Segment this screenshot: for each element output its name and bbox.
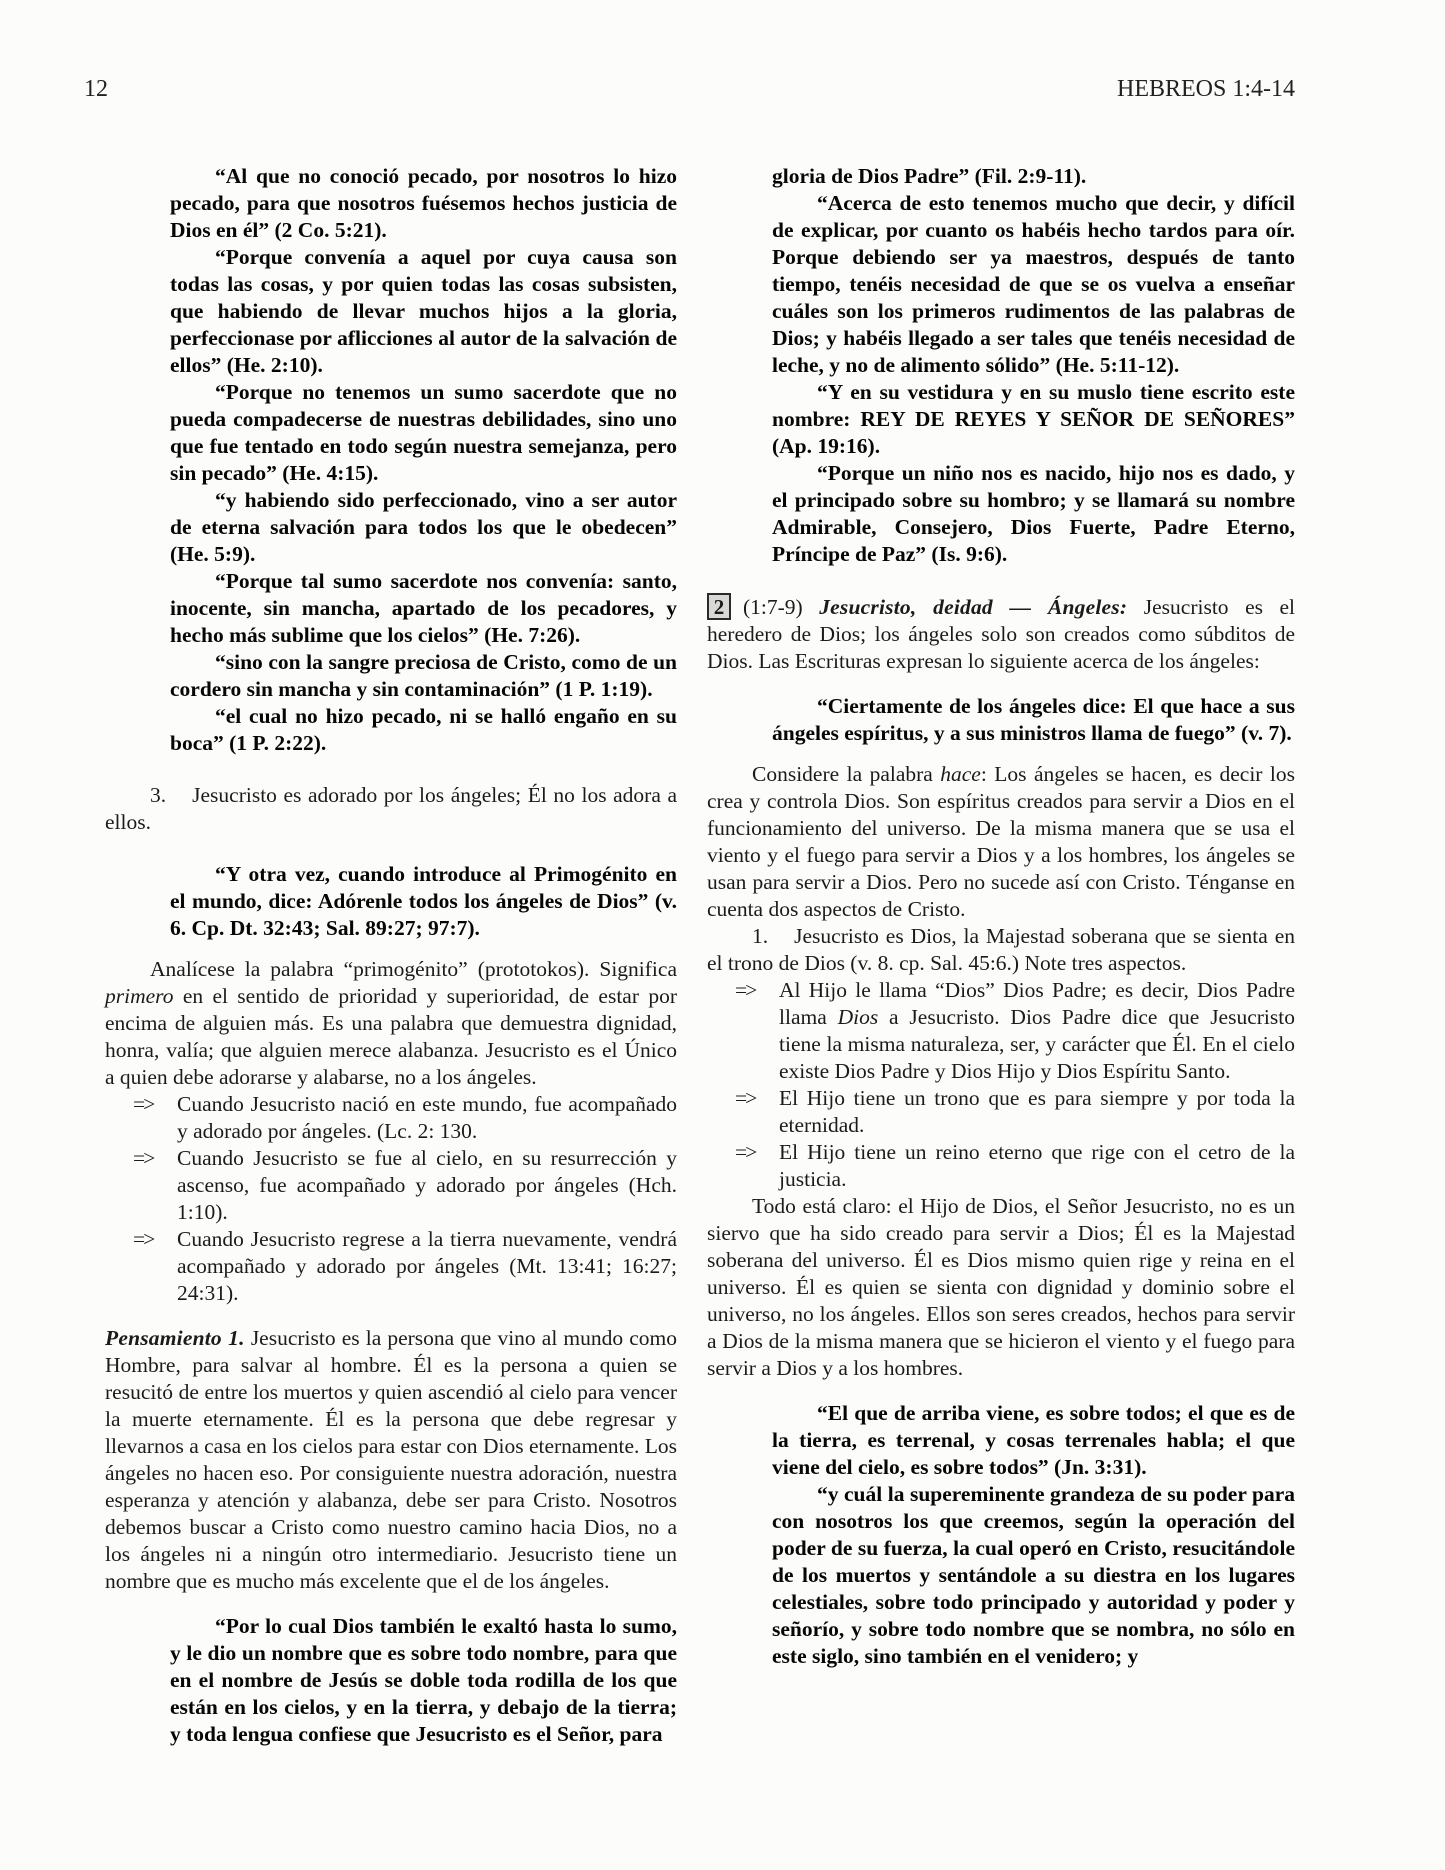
italic-term: hace — [940, 762, 981, 786]
scripture-quote: “El que de arriba viene, es sobre todos;… — [772, 1400, 1295, 1481]
arrow-list-item: =>Cuando Jesucristo nació en este mundo,… — [105, 1091, 677, 1145]
point-number: 1. — [752, 924, 768, 948]
scripture-quote: “Acerca de esto tenemos mucho que decir,… — [772, 190, 1295, 379]
point-number: 3. — [150, 783, 166, 807]
point-text: Jesucristo es adorado por los ángeles; É… — [105, 783, 677, 834]
scripture-quote: “Y en su vestidura y en su muslo tiene e… — [772, 379, 1295, 460]
arrow-item-text: Al Hijo le llama “Dios” Dios Padre; es d… — [779, 978, 1295, 1083]
arrow-item-text: El Hijo tiene un reino eterno que rige c… — [779, 1140, 1295, 1191]
arrow-list-item: =>El Hijo tiene un trono que es para sie… — [707, 1085, 1295, 1139]
paragraph: Todo está claro: el Hijo de Dios, el Señ… — [707, 1193, 1295, 1382]
scripture-quote: “el cual no hizo pecado, ni se halló eng… — [170, 703, 677, 757]
two-column-text: “Al que no conoció pecado, por nosotros … — [105, 163, 1295, 1748]
arrow-list-item: =>Al Hijo le llama “Dios” Dios Padre; es… — [707, 977, 1295, 1085]
running-header: 12 HEBREOS 1:4-14 — [84, 76, 1295, 103]
right-column: gloria de Dios Padre” (Fil. 2:9-11). “Ac… — [707, 163, 1295, 1748]
arrow-marker-icon: => — [133, 1091, 153, 1118]
scripture-quote: “Y otra vez, cuando introduce al Primogé… — [170, 861, 677, 942]
numbered-point: 3.Jesucristo es adorado por los ángeles;… — [105, 782, 677, 836]
scripture-quote: “Al que no conoció pecado, por nosotros … — [170, 163, 677, 244]
verse-reference: (1:7-9) — [743, 595, 803, 619]
scripture-quote: “Porque tal sumo sacerdote nos convenía:… — [170, 568, 677, 649]
scripture-quote: “Porque un niño nos es nacido, hijo nos … — [772, 460, 1295, 568]
scripture-quote: “sino con la sangre preciosa de Cristo, … — [170, 649, 677, 703]
paragraph: Analícese la palabra “primogénito” (prot… — [105, 956, 677, 1091]
arrow-marker-icon: => — [735, 977, 755, 1004]
italic-term: primero — [105, 984, 173, 1008]
scripture-quote: “Por lo cual Dios también le exaltó hast… — [170, 1613, 677, 1748]
outline-point: 2(1:7-9) Jesucristo, deidad — Ángeles: J… — [707, 593, 1295, 675]
numbered-point: 1.Jesucristo es Dios, la Majestad sobera… — [707, 923, 1295, 977]
arrow-item-text: Cuando Jesucristo nació en este mundo, f… — [177, 1092, 677, 1143]
arrow-list-item: =>Cuando Jesucristo regrese a la tierra … — [105, 1226, 677, 1307]
arrow-marker-icon: => — [133, 1145, 153, 1172]
arrow-marker-icon: => — [133, 1226, 153, 1253]
thought-label: Pensamiento 1. — [105, 1326, 245, 1350]
thought-text: Jesucristo es la persona que vino al mun… — [105, 1326, 677, 1593]
page-number: 12 — [84, 76, 108, 103]
scripture-quote: “y habiendo sido perfeccionado, vino a s… — [170, 487, 677, 568]
outline-point-title: Jesucristo, deidad — Ángeles: — [819, 595, 1127, 619]
arrow-item-text: Cuando Jesucristo se fue al cielo, en su… — [177, 1146, 677, 1224]
arrow-list-item: =>El Hijo tiene un reino eterno que rige… — [707, 1139, 1295, 1193]
paragraph: Considere la palabra hace: Los ángeles s… — [707, 761, 1295, 923]
arrow-marker-icon: => — [735, 1139, 755, 1166]
arrow-item-text: El Hijo tiene un trono que es para siemp… — [779, 1086, 1295, 1137]
running-head-title: HEBREOS 1:4-14 — [1117, 76, 1295, 103]
point-text: Jesucristo es Dios, la Majestad soberana… — [707, 924, 1295, 975]
thought-paragraph: Pensamiento 1. Jesucristo es la persona … — [105, 1325, 677, 1595]
outline-point-number-box: 2 — [707, 593, 731, 620]
arrow-item-text: Cuando Jesucristo regrese a la tierra nu… — [177, 1227, 677, 1305]
arrow-list-item: =>Cuando Jesucristo se fue al cielo, en … — [105, 1145, 677, 1226]
book-page: 12 HEBREOS 1:4-14 “Al que no conoció pec… — [0, 0, 1445, 1870]
arrow-marker-icon: => — [735, 1085, 755, 1112]
scripture-quote: “Ciertamente de los ángeles dice: El que… — [772, 693, 1295, 747]
italic-term: Dios — [838, 1005, 879, 1029]
left-column: “Al que no conoció pecado, por nosotros … — [105, 163, 677, 1748]
scripture-quote: “Porque no tenemos un sumo sacerdote que… — [170, 379, 677, 487]
scripture-quote-continuation: gloria de Dios Padre” (Fil. 2:9-11). — [772, 163, 1295, 190]
scripture-quote: “Porque convenía a aquel por cuya causa … — [170, 244, 677, 379]
scripture-quote: “y cuál la supereminente grandeza de su … — [772, 1481, 1295, 1670]
